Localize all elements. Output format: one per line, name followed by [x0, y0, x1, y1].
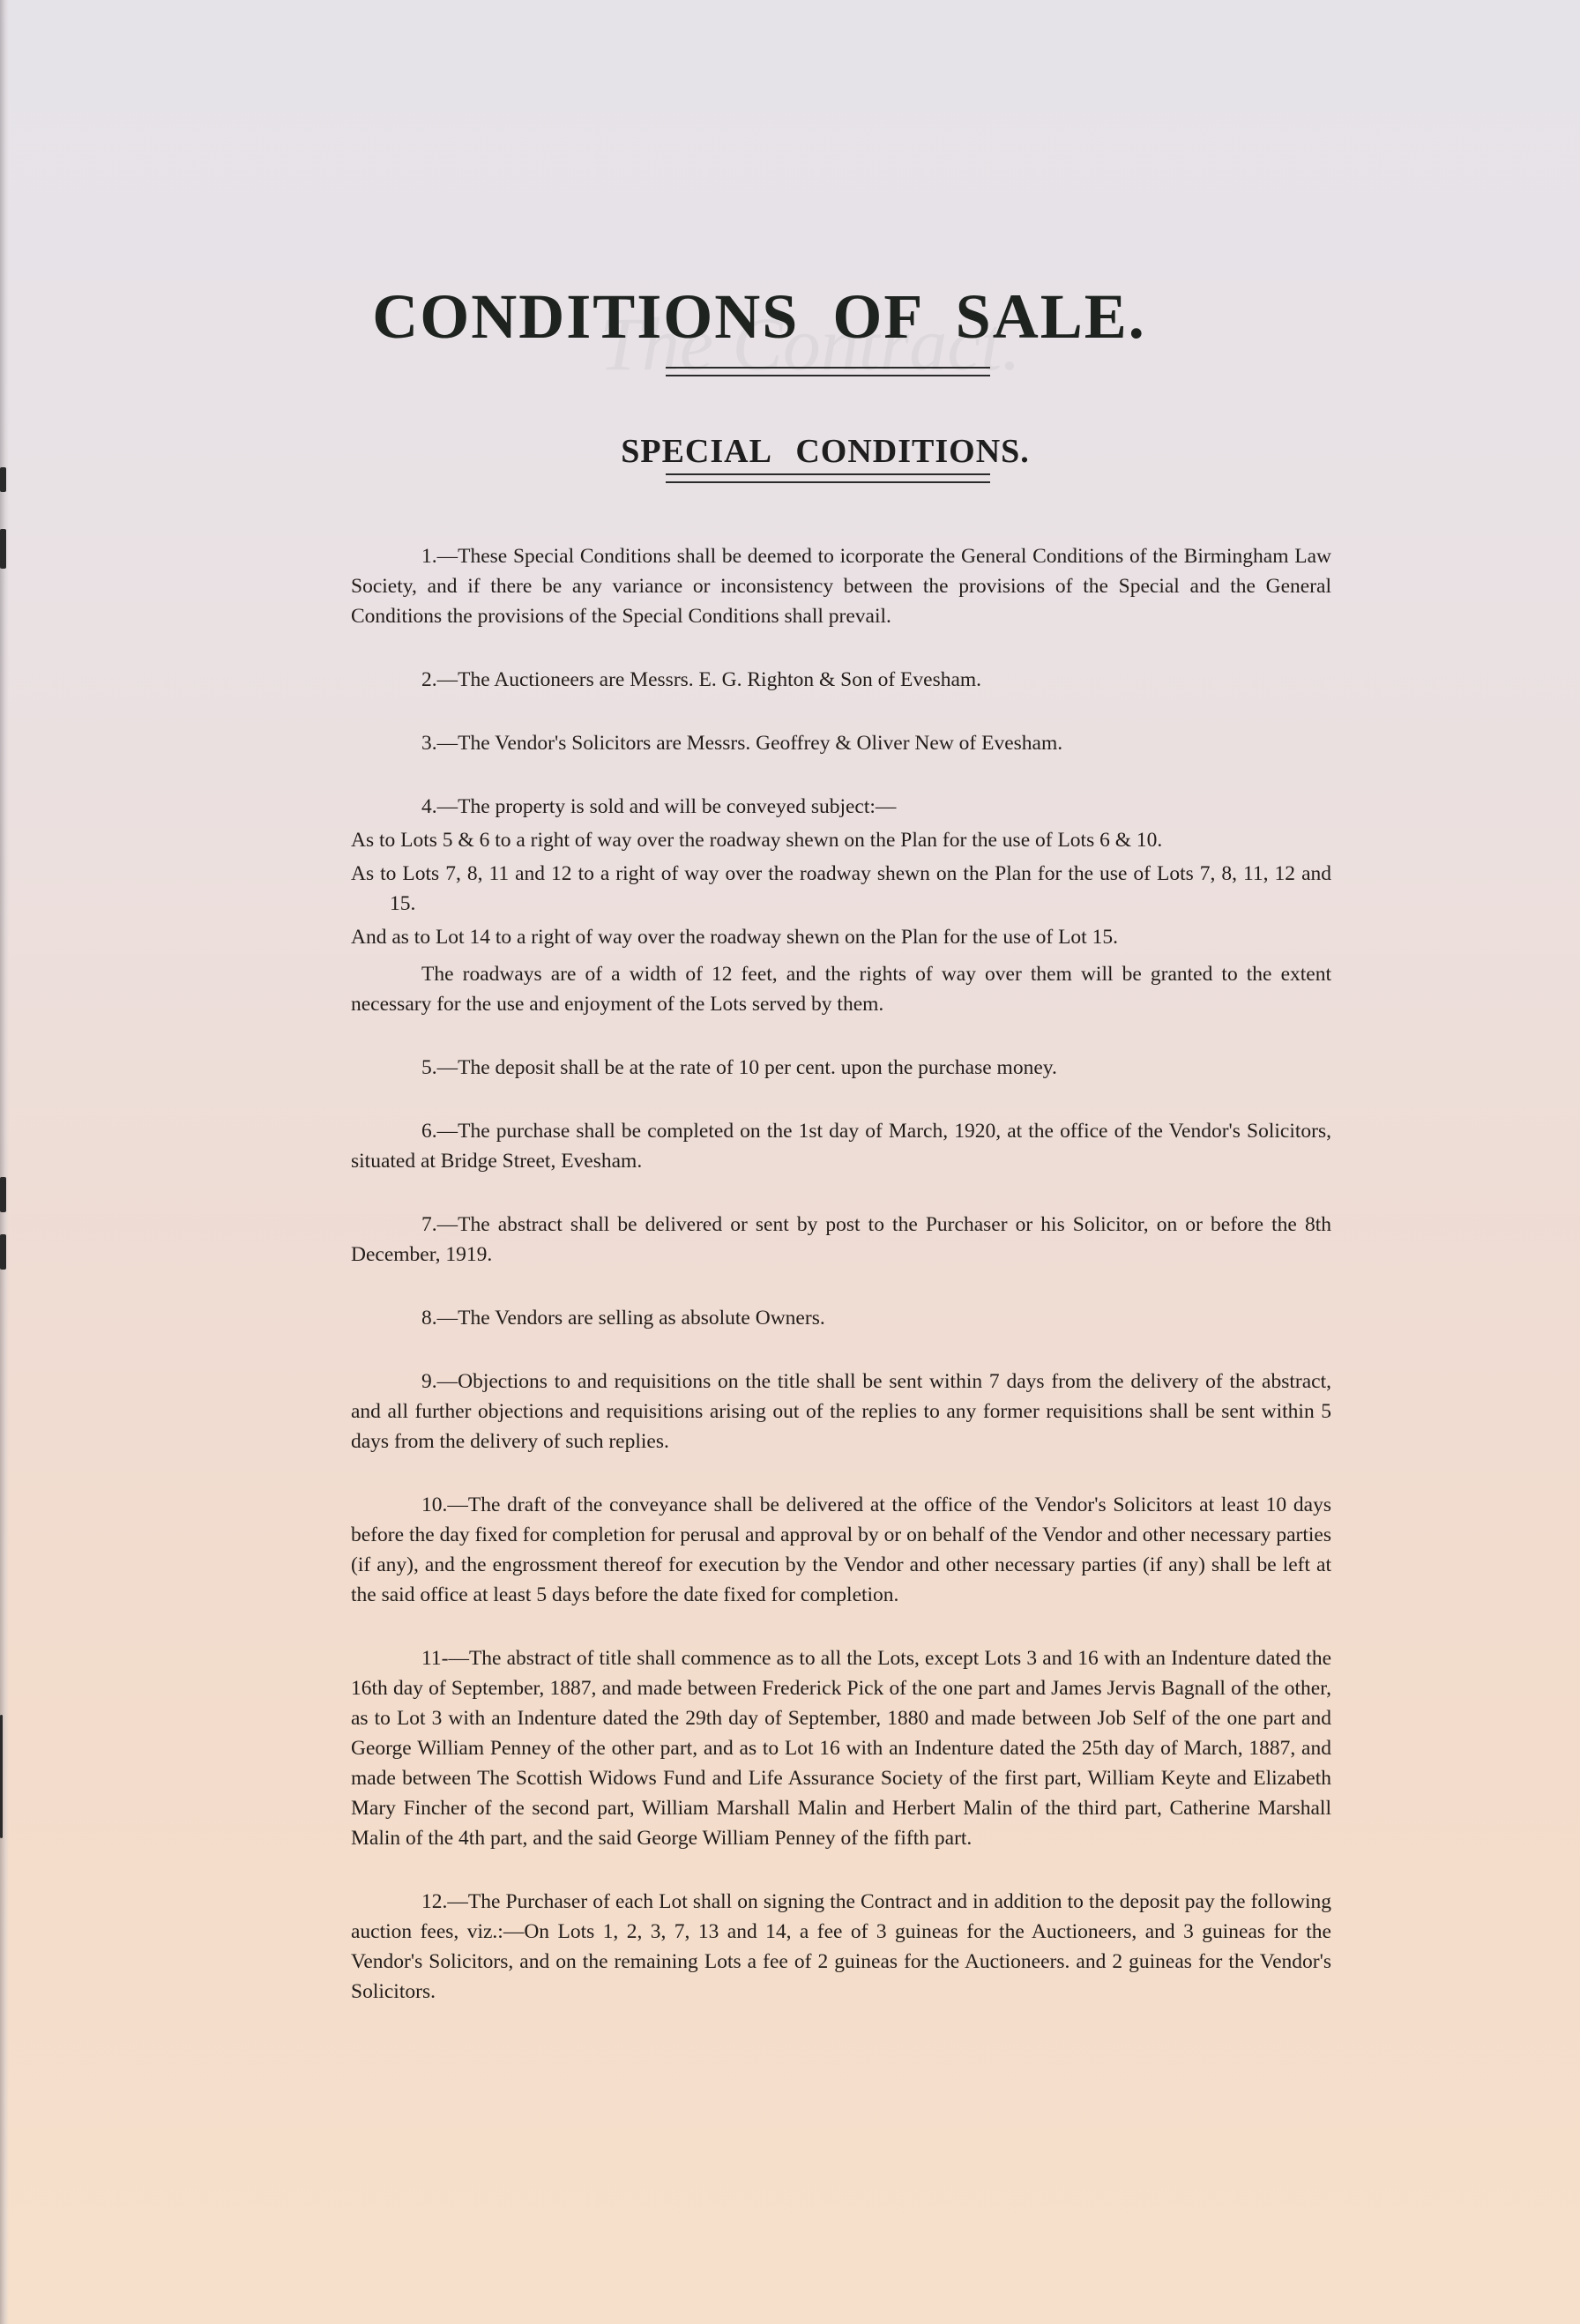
- clause-text: 8.—The Vendors are selling as absolute O…: [351, 1303, 1331, 1333]
- clause-2: 2.—The Auctioneers are Messrs. E. G. Rig…: [351, 665, 1331, 695]
- right-of-way-item: And as to Lot 14 to a right of way over …: [351, 922, 1331, 952]
- clause-text: 12.—The Purchaser of each Lot shall on s…: [351, 1887, 1331, 2007]
- clause-text: 10.—The draft of the conveyance shall be…: [351, 1490, 1331, 1610]
- clause-9: 9.—Objections to and requisitions on the…: [351, 1367, 1331, 1456]
- right-of-way-item: As to Lots 7, 8, 11 and 12 to a right of…: [351, 859, 1331, 919]
- clause-text: 4.—The property is sold and will be conv…: [351, 792, 1331, 822]
- clause-11: 11-—The abstract of title shall commence…: [351, 1643, 1331, 1853]
- title-divider: [666, 367, 990, 376]
- clause-text: 3.—The Vendor's Solicitors are Messrs. G…: [351, 728, 1331, 758]
- section-divider: [666, 473, 990, 483]
- clause-6: 6.—The purchase shall be completed on th…: [351, 1116, 1331, 1176]
- right-of-way-list: As to Lots 5 & 6 to a right of way over …: [351, 825, 1331, 952]
- clause-4: 4.—The property is sold and will be conv…: [351, 792, 1331, 1019]
- clause-text: 11-—The abstract of title shall commence…: [351, 1643, 1331, 1853]
- clause-12: 12.—The Purchaser of each Lot shall on s…: [351, 1887, 1331, 2007]
- section-title: SPECIAL CONDITIONS.: [35, 432, 1580, 471]
- clause-text: 9.—Objections to and requisitions on the…: [351, 1367, 1331, 1456]
- binding-mark: [0, 467, 6, 492]
- binding-mark: [0, 529, 6, 569]
- clause-text: 2.—The Auctioneers are Messrs. E. G. Rig…: [351, 665, 1331, 695]
- clause-text: 7.—The abstract shall be delivered or se…: [351, 1210, 1331, 1270]
- clause-text: 6.—The purchase shall be completed on th…: [351, 1116, 1331, 1176]
- binding-mark: [0, 1234, 6, 1270]
- binding-mark: [0, 1177, 6, 1212]
- clause-8: 8.—The Vendors are selling as absolute O…: [351, 1303, 1331, 1333]
- clause-text: 1.—These Special Conditions shall be dee…: [351, 541, 1331, 631]
- clause-text: 5.—The deposit shall be at the rate of 1…: [351, 1053, 1331, 1083]
- page-title: CONDITIONS OF SALE.: [0, 280, 1549, 354]
- clause-7: 7.—The abstract shall be delivered or se…: [351, 1210, 1331, 1270]
- clause-10: 10.—The draft of the conveyance shall be…: [351, 1490, 1331, 1610]
- clause-3: 3.—The Vendor's Solicitors are Messrs. G…: [351, 728, 1331, 758]
- right-of-way-item: As to Lots 5 & 6 to a right of way over …: [351, 825, 1331, 855]
- clause-1: 1.—These Special Conditions shall be dee…: [351, 541, 1331, 631]
- clause-5: 5.—The deposit shall be at the rate of 1…: [351, 1053, 1331, 1083]
- clauses-list: 1.—These Special Conditions shall be dee…: [351, 541, 1331, 2040]
- roadways-note: The roadways are of a width of 12 feet, …: [351, 959, 1331, 1019]
- binding-mark: [0, 1715, 3, 1838]
